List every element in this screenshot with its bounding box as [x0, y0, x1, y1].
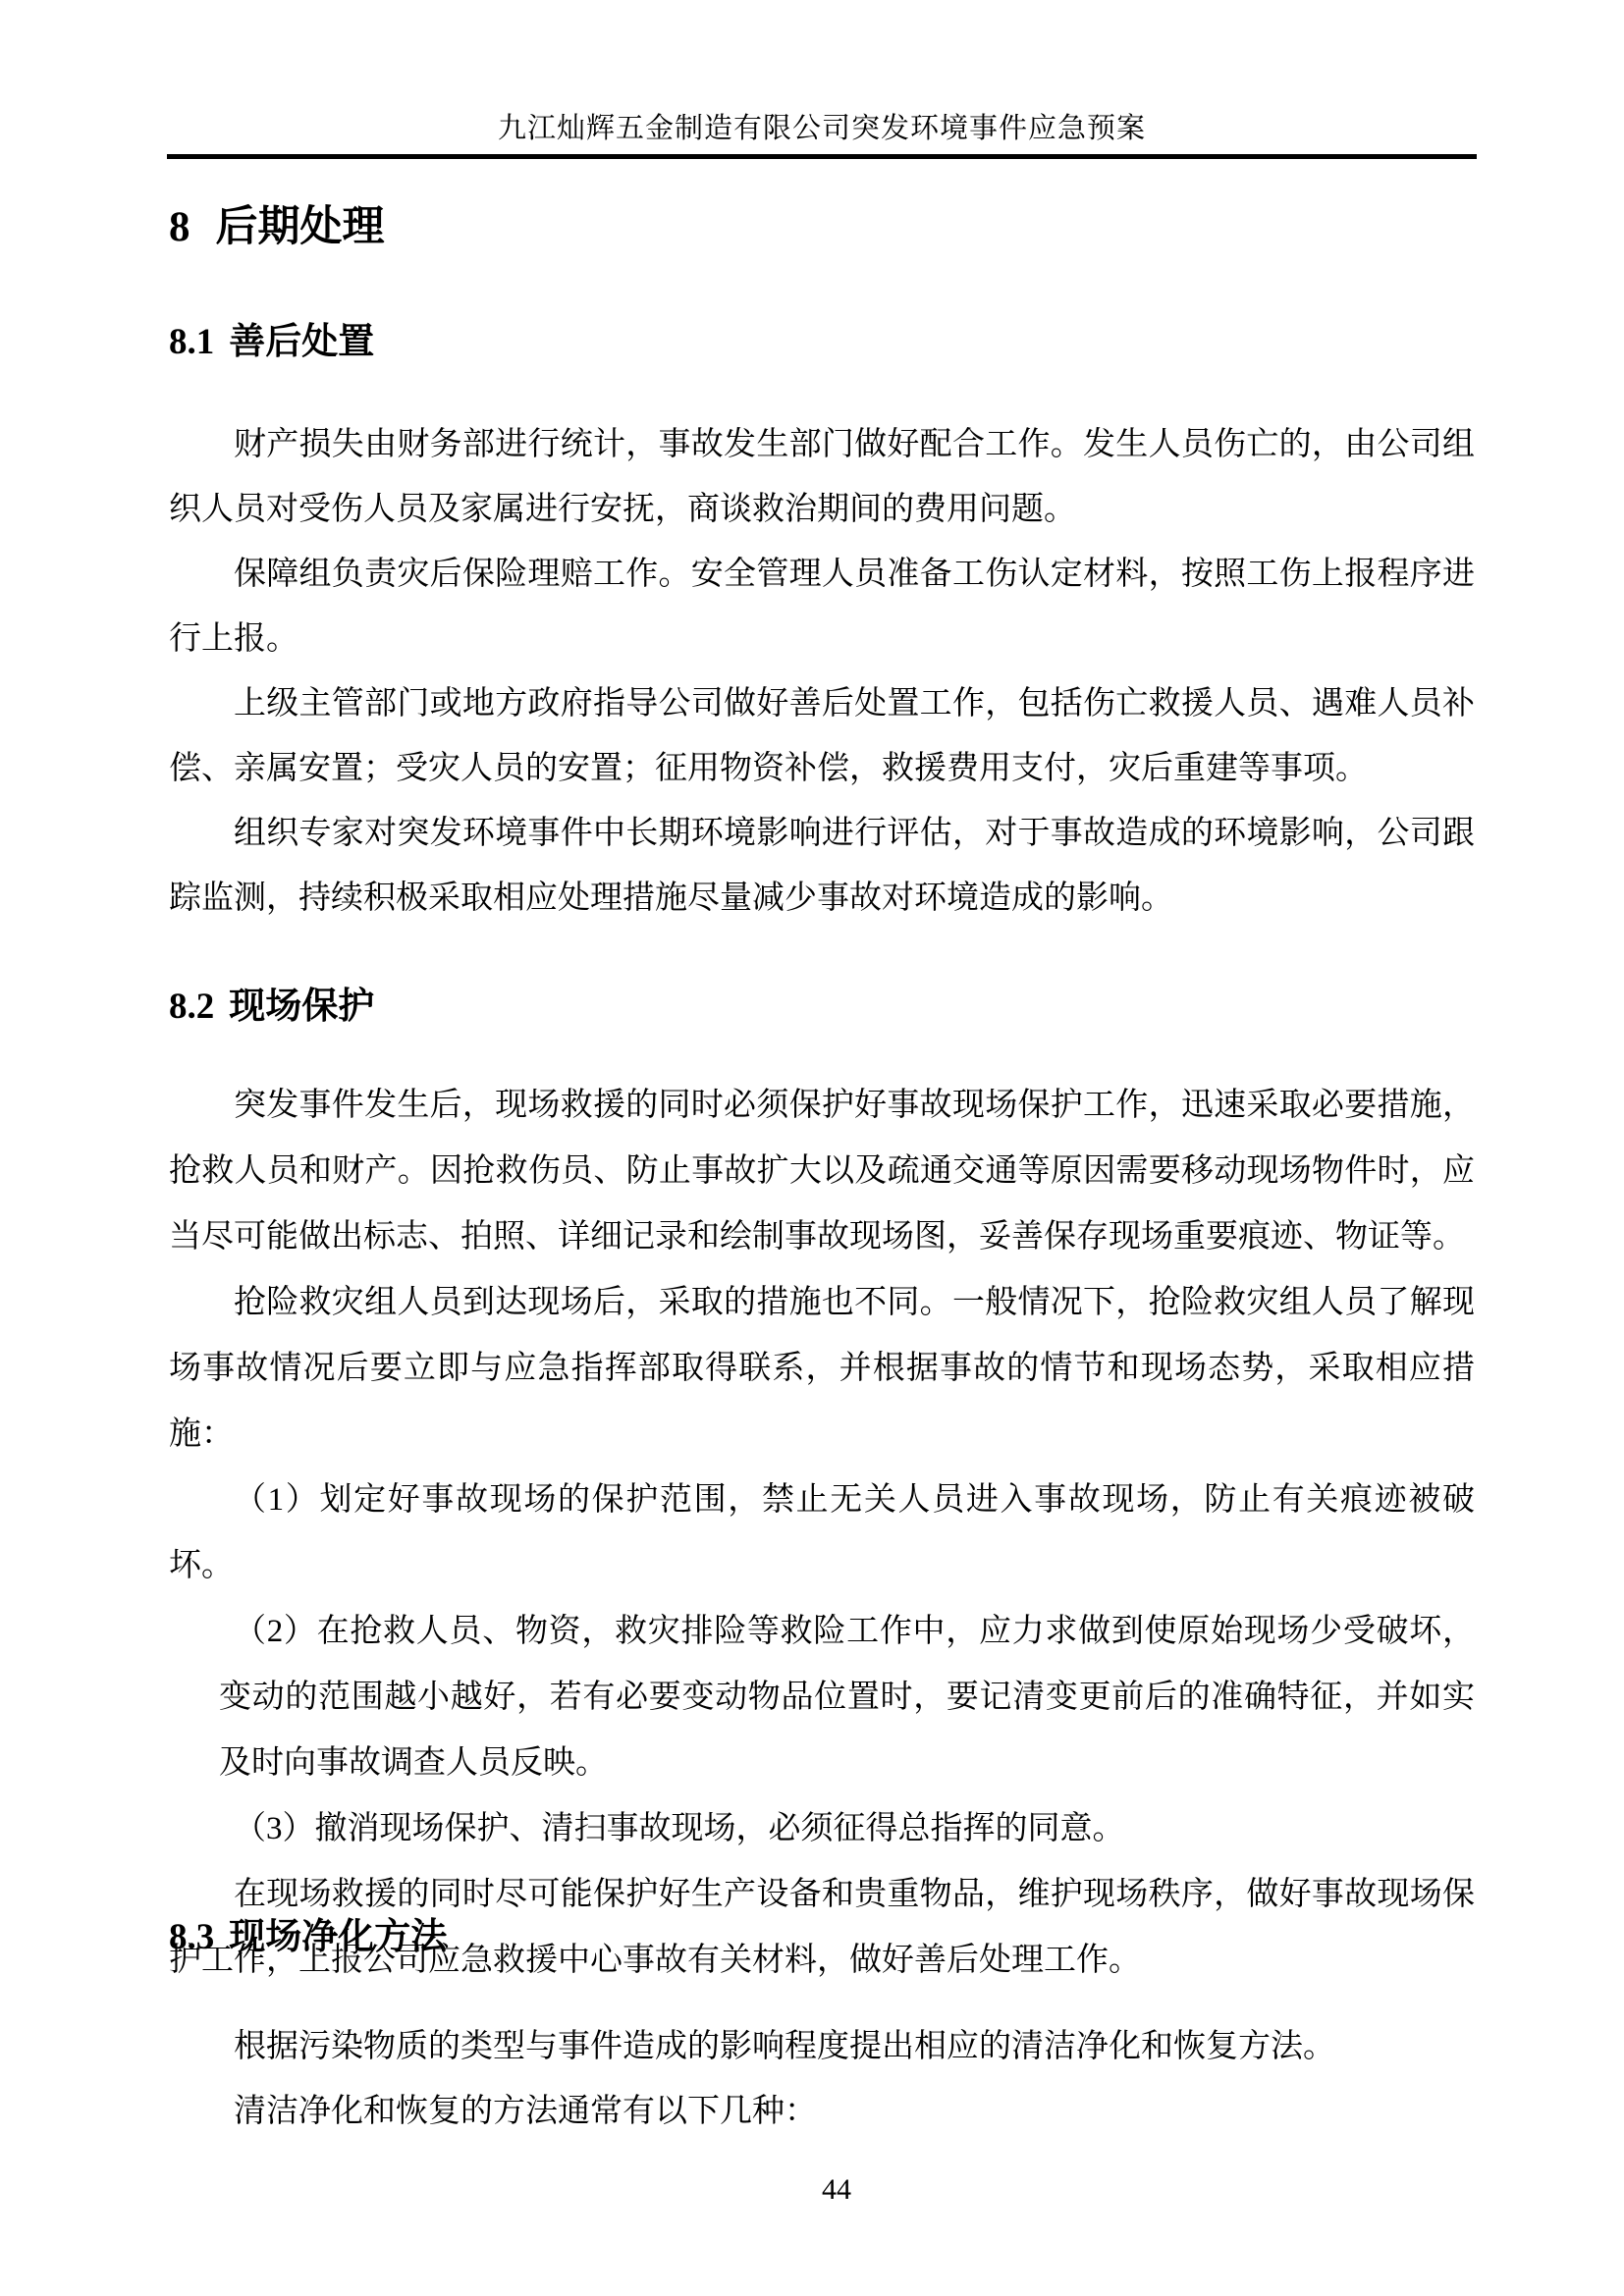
document-header-title: 九江灿辉五金制造有限公司突发环境事件应急预案 — [169, 110, 1475, 147]
section-8-2-heading: 8.2现场保护 — [169, 985, 1475, 1030]
chapter-heading: 8后期处理 — [169, 202, 1475, 253]
section-8-1-title: 善后处置 — [229, 322, 374, 362]
section-8-1-body: 财产损失由财务部进行统计，事故发生部门做好配合工作。发生人员伤亡的，由公司组织人… — [169, 412, 1475, 931]
paragraph: 根据污染物质的类型与事件造成的影响程度提出相应的清洁净化和恢复方法。 — [169, 2014, 1475, 2079]
section-8-3-title: 现场净化方法 — [229, 1917, 447, 1957]
section-8-3-number: 8.3 — [169, 1917, 214, 1957]
paragraph: 保障组负责灾后保险理赔工作。安全管理人员准备工伤认定材料，按照工伤上报程序进行上… — [169, 542, 1475, 671]
section-8-1-number: 8.1 — [169, 322, 214, 362]
chapter-heading-title: 后期处理 — [216, 204, 385, 250]
section-8-2-number: 8.2 — [169, 987, 214, 1027]
document-page: 九江灿辉五金制造有限公司突发环境事件应急预案 8后期处理 8.1善后处置 财产损… — [0, 0, 1624, 2296]
list-item-2: （2）在抢救人员、物资，救灾排险等救险工作中，应力求做到使原始现场少受破坏，变动… — [169, 1599, 1475, 1796]
paragraph: 财产损失由财务部进行统计，事故发生部门做好配合工作。发生人员伤亡的，由公司组织人… — [169, 412, 1475, 542]
paragraph: 组织专家对突发环境事件中长期环境影响进行评估，对于事故造成的环境影响，公司跟踪监… — [169, 801, 1475, 931]
section-8-3-body: 根据污染物质的类型与事件造成的影响程度提出相应的清洁净化和恢复方法。 清洁净化和… — [169, 2014, 1475, 2144]
paragraph: 上级主管部门或地方政府指导公司做好善后处置工作，包括伤亡救援人员、遇难人员补偿、… — [169, 671, 1475, 801]
paragraph: 清洁净化和恢复的方法通常有以下几种： — [169, 2079, 1475, 2144]
list-item-1: （1）划定好事故现场的保护范围，禁止无关人员进入事故现场，防止有关痕迹被破坏。 — [169, 1468, 1475, 1599]
paragraph: 抢险救灾组人员到达现场后，采取的措施也不同。一般情况下，抢险救灾组人员了解现场事… — [169, 1270, 1475, 1468]
section-8-1-heading: 8.1善后处置 — [169, 320, 1475, 365]
chapter-heading-number: 8 — [169, 204, 190, 250]
list-item-3: （3）撤消现场保护、清扫事故现场，必须征得总指挥的同意。 — [169, 1796, 1475, 1862]
section-8-2-title: 现场保护 — [229, 987, 374, 1027]
paragraph: 突发事件发生后，现场救援的同时必须保护好事故现场保护工作，迅速采取必要措施，抢救… — [169, 1073, 1475, 1270]
header-rule — [167, 154, 1477, 159]
section-8-3-heading: 8.3现场净化方法 — [169, 1915, 1475, 1960]
page-number: 44 — [49, 2172, 1624, 2208]
section-8-2-body: 突发事件发生后，现场救援的同时必须保护好事故现场保护工作，迅速采取必要措施，抢救… — [169, 1073, 1475, 1994]
